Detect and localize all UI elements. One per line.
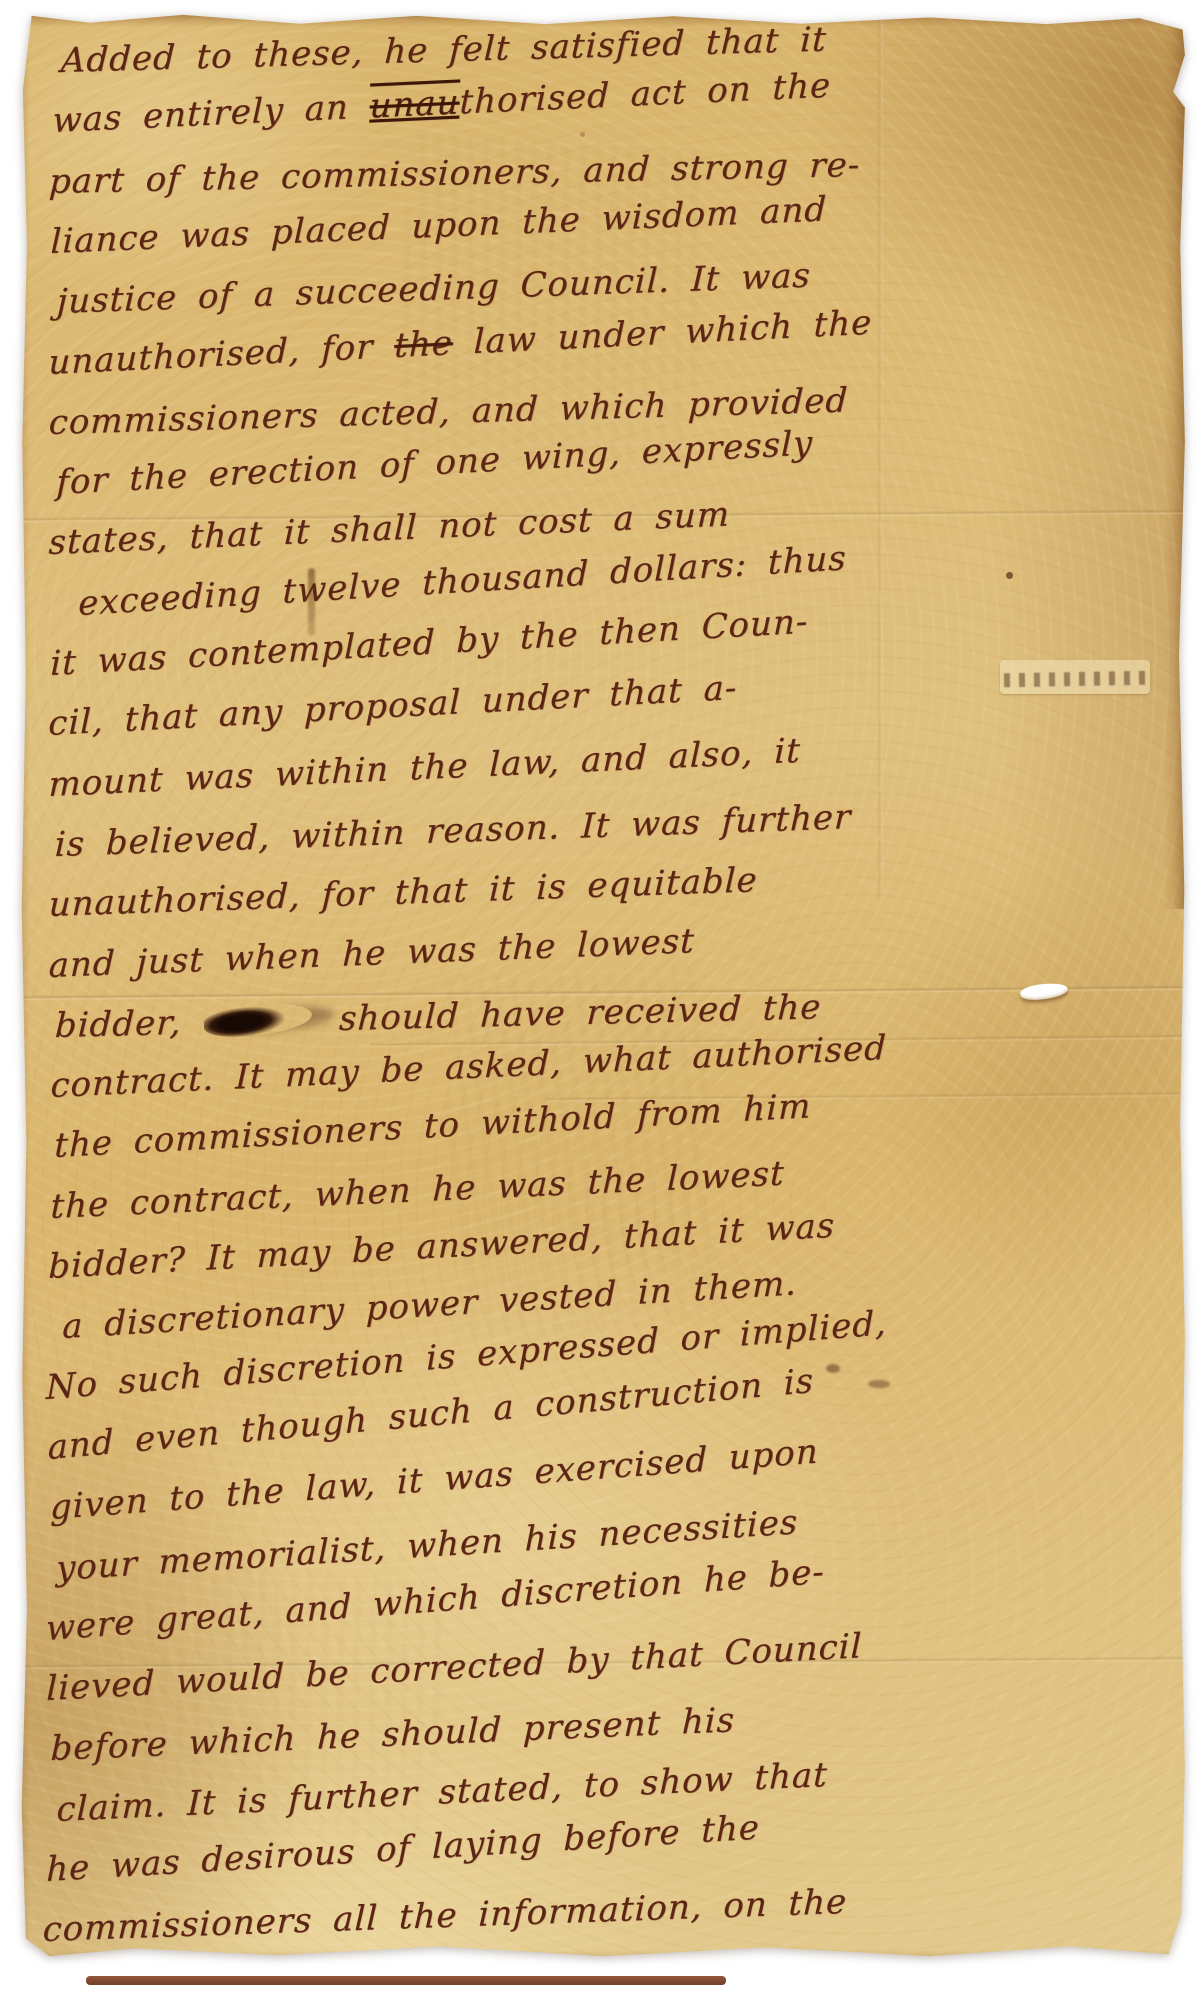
manuscript-text-segment: and just when he was the lowest <box>48 921 695 986</box>
manuscript-text-segment: law under which the <box>452 303 872 364</box>
manuscript-text-block: Added to these, he felt satisfied that i… <box>20 12 1186 1962</box>
manuscript-line: is believed, within reason. It was furth… <box>54 796 852 866</box>
document-scan: Added to these, he felt satisfied that i… <box>0 0 1200 1989</box>
manuscript-line: commissioners all the information, on th… <box>42 1881 848 1951</box>
manuscript-line: mount was within the law, and also, it <box>48 730 801 806</box>
manuscript-text-segment: commissioners all the information, on th… <box>42 1882 848 1950</box>
struck-through-word: the <box>394 323 453 366</box>
manuscript-line: and just when he was the lowest <box>48 920 695 987</box>
manuscript-text-segment: bidder, <box>54 1002 203 1046</box>
manuscript-text-segment: mount was within the law, and also, it <box>48 731 801 805</box>
manuscript-text-segment: thorised act on the <box>459 66 832 123</box>
manuscript-text-segment: is believed, within reason. It was furth… <box>54 797 852 865</box>
scribbled-out-word: unau <box>369 82 460 126</box>
manuscript-line: before which he should present his <box>50 1699 736 1770</box>
manuscript-text-segment: unauthorised, for that it is equitable <box>48 860 758 925</box>
manuscript-text-segment: unauthorised, for <box>48 326 395 383</box>
ink-blot-obscured-word <box>204 999 313 1041</box>
paper-shadow-wrap: Added to these, he felt satisfied that i… <box>0 0 1200 1989</box>
manuscript-text-segment: before which he should present his <box>50 1700 736 1769</box>
adjacent-page-edge <box>86 1976 726 1985</box>
paper-sheet: Added to these, he felt satisfied that i… <box>20 12 1186 1962</box>
manuscript-text-segment: should have received the <box>317 987 822 1039</box>
manuscript-text-segment: was entirely an <box>52 87 370 141</box>
manuscript-line: unauthorised, for that it is equitable <box>48 859 758 926</box>
